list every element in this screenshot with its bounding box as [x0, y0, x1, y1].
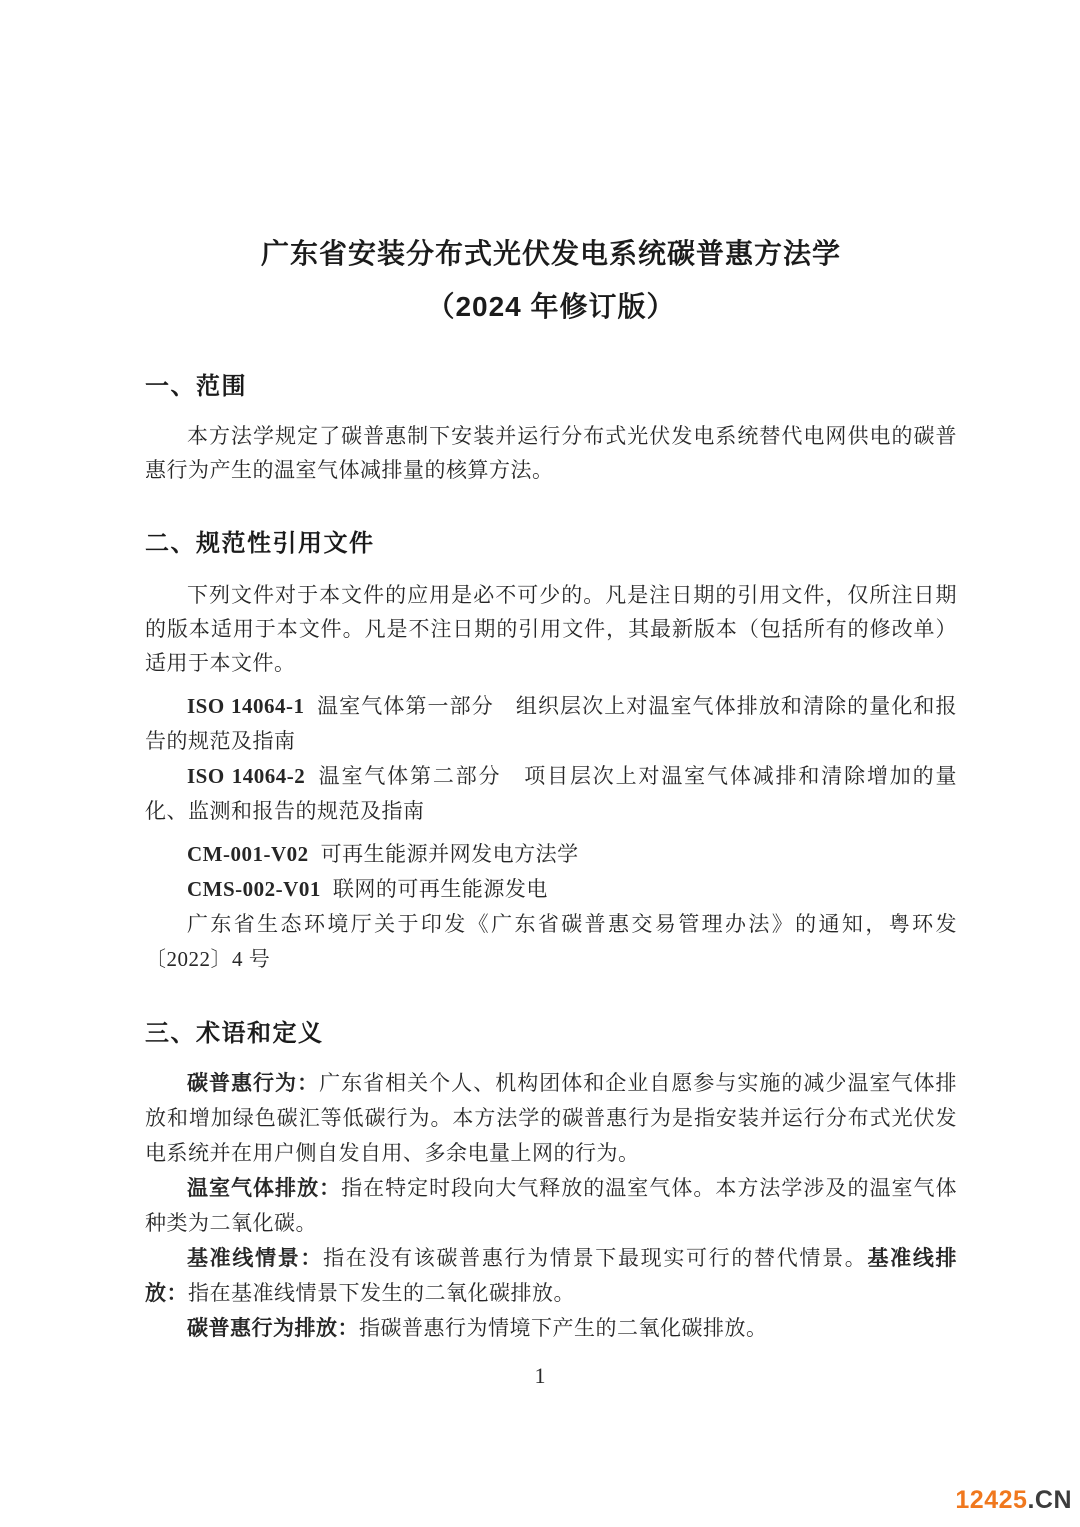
reference-notice-paragraph: 广东省生态环境厅关于印发《广东省碳普惠交易管理办法》的通知，粤环发〔2022〕4…: [145, 907, 957, 977]
reference-item: CMS-002-V01联网的可再生能源发电: [145, 872, 957, 907]
watermark-suffix: .CN: [1027, 1486, 1072, 1514]
term-item: 基准线情景：指在没有该碳普惠行为情景下最现实可行的替代情景。基准线排放：指在基准…: [145, 1241, 957, 1311]
term-item: 碳普惠行为排放：指碳普惠行为情境下产生的二氧化碳排放。: [145, 1311, 957, 1346]
term-item: 温室气体排放：指在特定时段向大气释放的温室气体。本方法学涉及的温室气体种类为二氧…: [145, 1171, 957, 1241]
terms-list: 碳普惠行为：广东省相关个人、机构团体和企业自愿参与实施的减少温室气体排放和增加绿…: [145, 1066, 957, 1346]
document-page: 广东省安装分布式光伏发电系统碳普惠方法学 （2024 年修订版） 一、范围 本方…: [0, 0, 1080, 1527]
page-number: 1: [0, 1363, 1080, 1389]
section-normative-references: 二、规范性引用文件 下列文件对于本文件的应用是必不可少的。凡是注日期的引用文件，…: [145, 529, 957, 977]
section-terms-heading: 三、术语和定义: [145, 1019, 957, 1049]
doc-subtitle: （2024 年修订版）: [145, 291, 957, 323]
reference-code: ISO 14064-2: [187, 764, 305, 788]
term-definition: 指在没有该碳普惠行为情景下最现实可行的替代情景。: [323, 1246, 867, 1270]
reference-item: ISO 14064-2温室气体第二部分 项目层次上对温室气体减排和清除增加的量化…: [145, 759, 957, 829]
scope-paragraph: 本方法学规定了碳普惠制下安装并运行分布式光伏发电系统替代电网供电的碳普惠行为产生…: [145, 419, 957, 487]
section-terms-definitions: 三、术语和定义 碳普惠行为：广东省相关个人、机构团体和企业自愿参与实施的减少温室…: [145, 1019, 957, 1346]
term-label: 碳普惠行为排放：: [187, 1316, 359, 1340]
term-definition: 指碳普惠行为情境下产生的二氧化碳排放。: [359, 1316, 768, 1340]
term-label: 温室气体排放：: [187, 1176, 341, 1200]
references-intro-paragraph: 下列文件对于本文件的应用是必不可少的。凡是注日期的引用文件，仅所注日期的版本适用…: [145, 578, 957, 680]
section-references-heading: 二、规范性引用文件: [145, 529, 957, 559]
term-label: 碳普惠行为：: [187, 1071, 319, 1095]
reference-desc: 可再生能源并网发电方法学: [321, 842, 579, 866]
watermark-number: 12425: [955, 1486, 1027, 1514]
watermark: 12425.CN: [955, 1486, 1072, 1515]
reference-code: CMS-002-V01: [187, 877, 321, 901]
section-scope-heading: 一、范围: [145, 372, 957, 402]
section-scope: 一、范围 本方法学规定了碳普惠制下安装并运行分布式光伏发电系统替代电网供电的碳普…: [145, 372, 957, 487]
reference-code: CM-001-V02: [187, 842, 309, 866]
document-content: 广东省安装分布式光伏发电系统碳普惠方法学 （2024 年修订版） 一、范围 本方…: [0, 238, 1080, 1346]
reference-item: ISO 14064-1温室气体第一部分 组织层次上对温室气体排放和清除的量化和报…: [145, 689, 957, 759]
doc-title: 广东省安装分布式光伏发电系统碳普惠方法学: [145, 238, 957, 270]
reference-code: ISO 14064-1: [187, 694, 305, 718]
term-label: 基准线情景：: [187, 1246, 323, 1270]
reference-desc: 联网的可再生能源发电: [333, 877, 548, 901]
term-definition: 指在基准线情景下发生的二氧化碳排放。: [188, 1281, 575, 1305]
term-item: 碳普惠行为：广东省相关个人、机构团体和企业自愿参与实施的减少温室气体排放和增加绿…: [145, 1066, 957, 1171]
reference-item: CM-001-V02可再生能源并网发电方法学: [145, 837, 957, 872]
